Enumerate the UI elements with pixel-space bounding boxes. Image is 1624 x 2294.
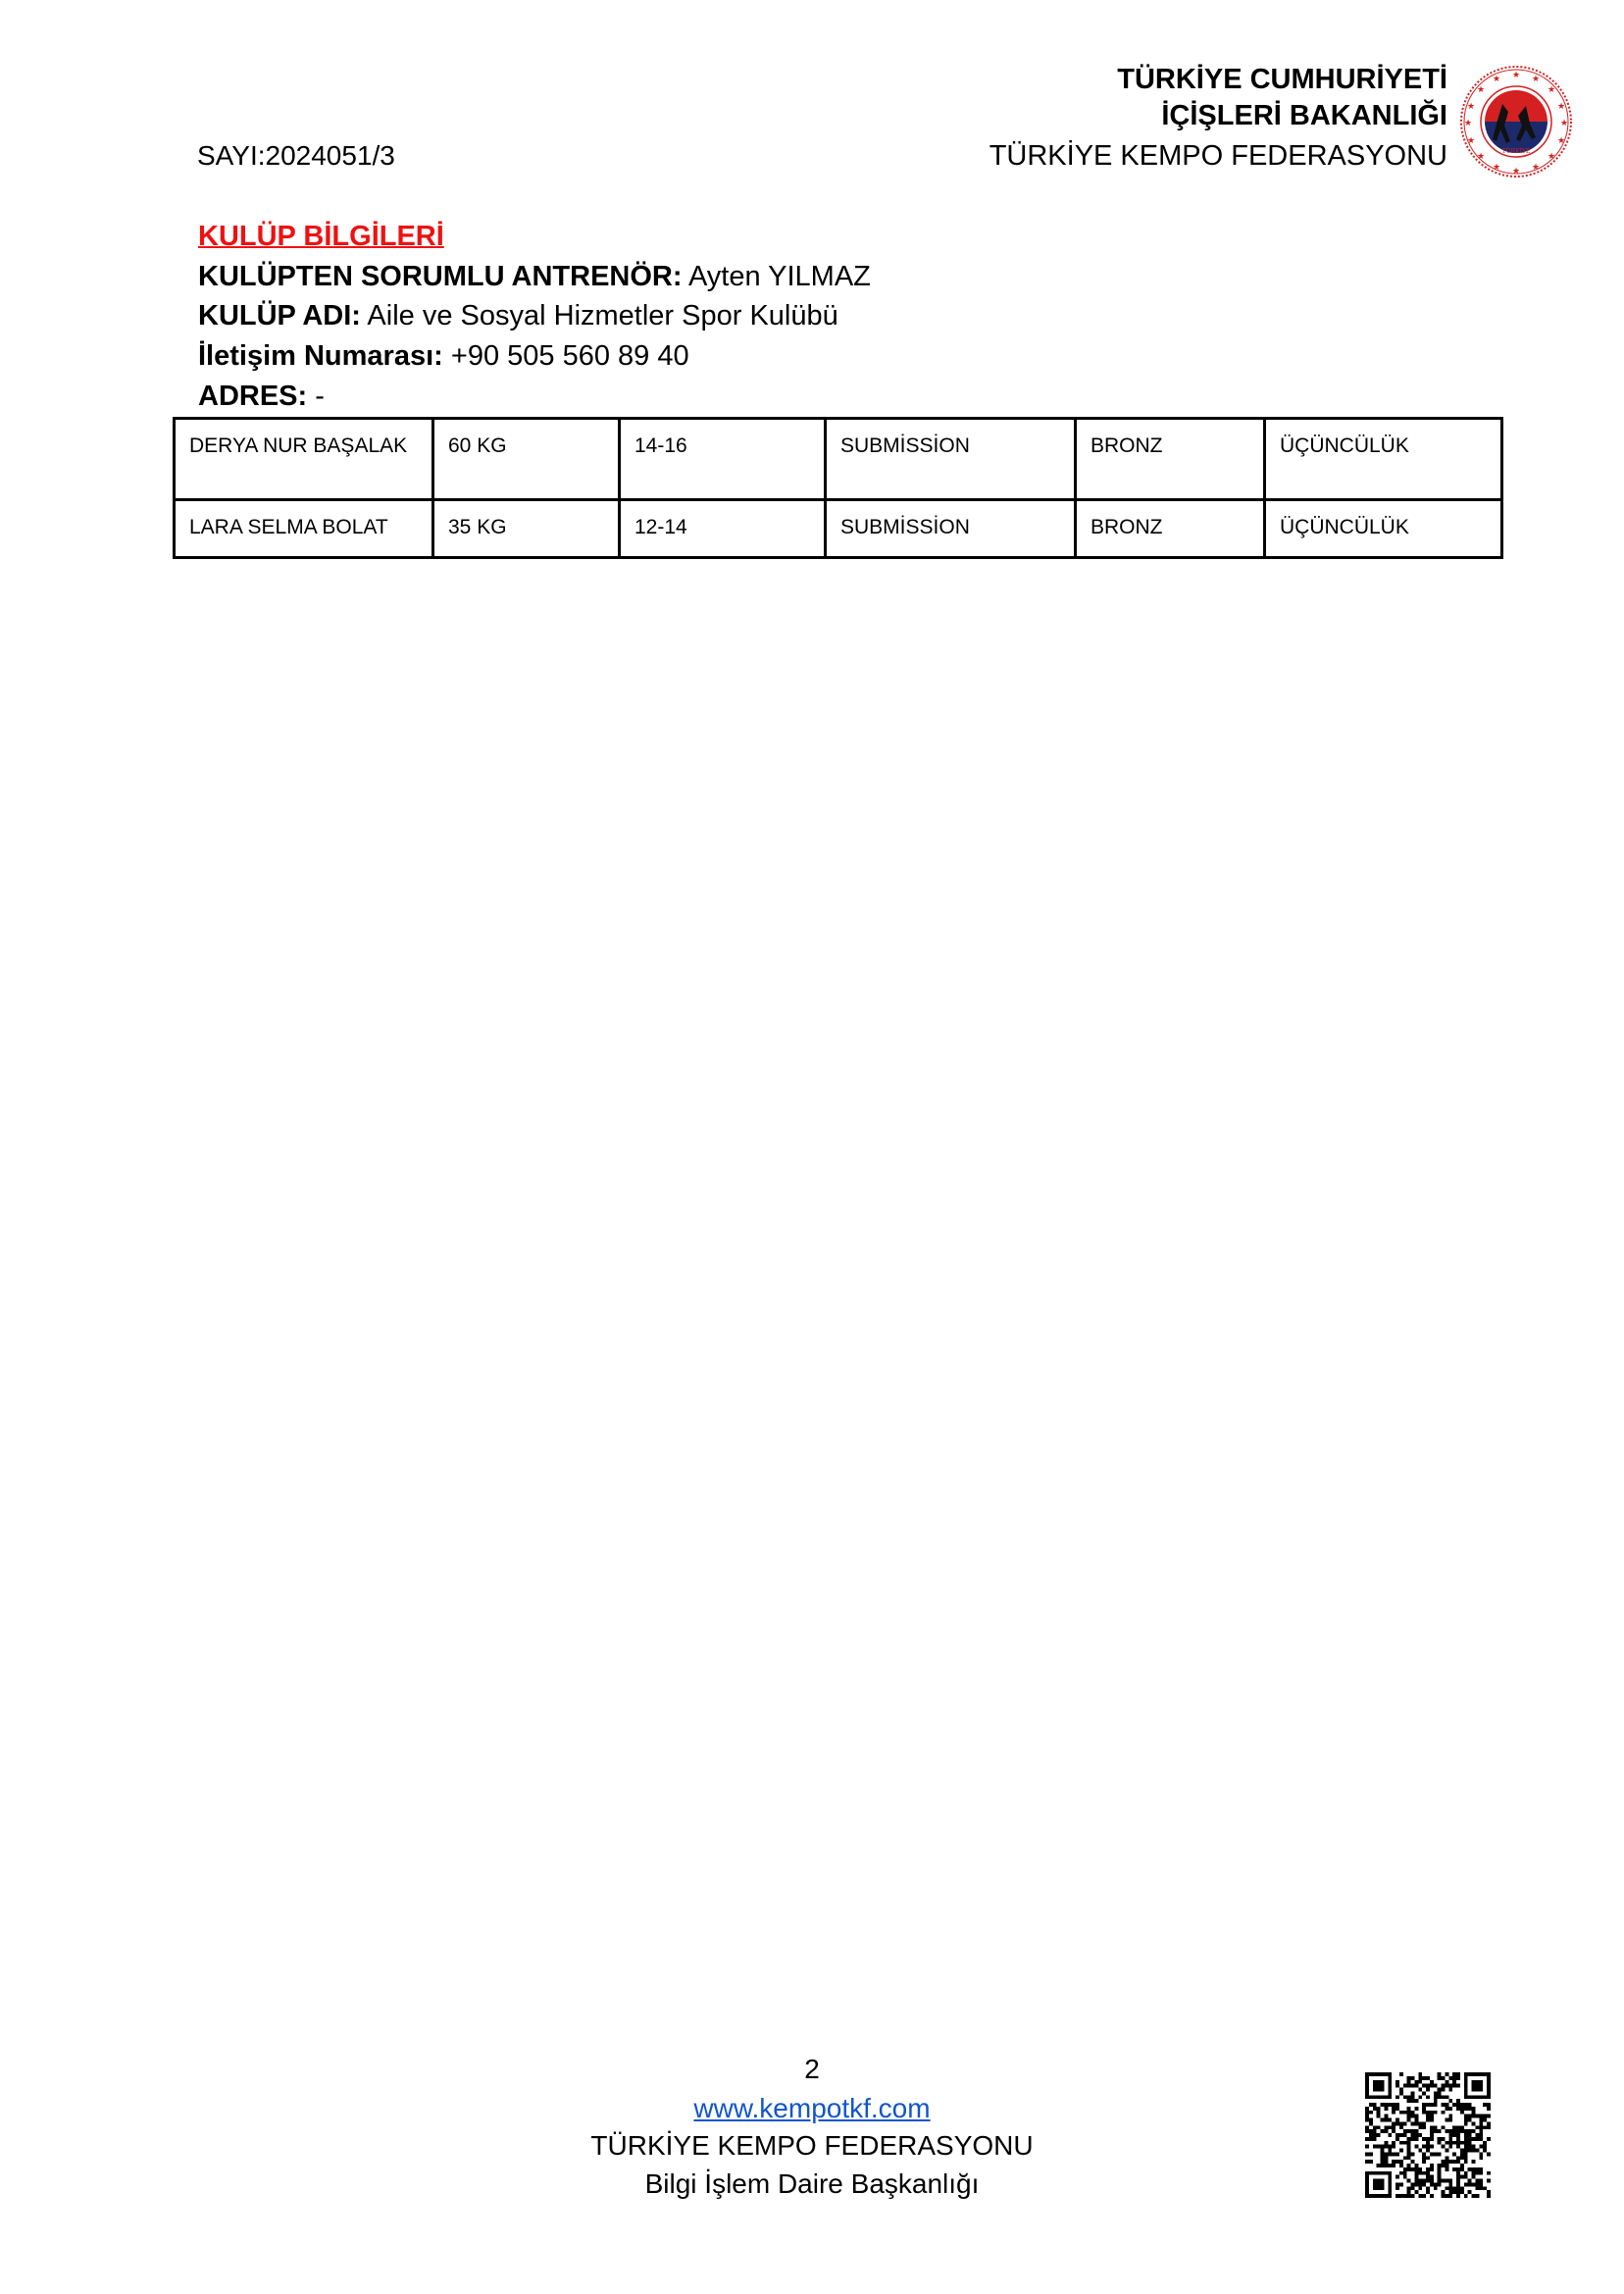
svg-text:★: ★ [1493,75,1500,84]
svg-text:★: ★ [1560,119,1568,128]
club-name-label: KULÜP ADI: [198,300,361,331]
coach-label: KULÜPTEN SORUMLU ANTRENÖR: [198,261,683,292]
coach-value: Ayten YILMAZ [688,261,871,292]
athlete-name-cell: DERYA NUR BAŞALAK [175,419,433,500]
phone-value: +90 505 560 89 40 [451,340,689,372]
svg-text:★: ★ [1557,102,1565,112]
club-name-value: Aile ve Sosyal Hizmetler Spor Kulübü [367,300,837,331]
address-line: ADRES: - [198,380,325,413]
svg-text:★: ★ [1532,163,1540,173]
results-table: DERYA NUR BAŞALAK 60 KG 14-16 SUBMİSSİON… [173,417,1503,559]
svg-text:★: ★ [1557,136,1565,146]
table-row: LARA SELMA BOLAT 35 KG 12-14 SUBMİSSİON … [175,500,1502,558]
svg-text:★: ★ [1493,163,1500,173]
svg-text:★: ★ [1464,119,1472,128]
svg-text:★: ★ [1467,136,1475,146]
svg-text:TÜRKİYE: TÜRKİYE [1502,148,1531,155]
weight-cell: 35 KG [433,500,620,558]
federation-seal-icon: ★★★ ★★★ ★★★ ★★★ ★★★ ★ TÜRKİYE [1459,65,1573,178]
athlete-name-cell: LARA SELMA BOLAT [175,500,433,558]
weight-cell: 60 KG [433,419,620,500]
club-section-title: KULÜP BİLGİLERİ [198,220,444,253]
medal-cell: BRONZ [1076,419,1265,500]
svg-text:★: ★ [1477,152,1485,162]
coach-line: KULÜPTEN SORUMLU ANTRENÖR: Ayten YILMAZ [198,260,871,293]
svg-text:★: ★ [1548,152,1555,162]
document-number: SAYI:2024051/3 [197,139,395,173]
address-label: ADRES: [198,381,307,412]
rank-cell: ÜÇÜNCÜLÜK [1265,419,1502,500]
svg-text:★: ★ [1532,75,1540,84]
club-name-line: KULÜP ADI: Aile ve Sosyal Hizmetler Spor… [198,299,838,332]
address-value: - [315,381,325,412]
rank-cell: ÜÇÜNCÜLÜK [1265,500,1502,558]
medal-cell: BRONZ [1076,500,1265,558]
header-title-ministry: İÇİŞLERİ BAKANLIĞI [1161,99,1447,132]
svg-text:★: ★ [1512,71,1520,80]
qr-code-icon [1365,2072,1491,2198]
svg-text:★: ★ [1477,85,1485,95]
age-group-cell: 12-14 [620,500,826,558]
header-title-republic: TÜRKİYE CUMHURİYETİ [1117,63,1447,96]
table-row: DERYA NUR BAŞALAK 60 KG 14-16 SUBMİSSİON… [175,419,1502,500]
header-title-federation: TÜRKİYE KEMPO FEDERASYONU [990,139,1447,173]
phone-line: İletişim Numarası: +90 505 560 89 40 [198,339,689,373]
phone-label: İletişim Numarası: [198,340,443,372]
category-cell: SUBMİSSİON [826,419,1076,500]
category-cell: SUBMİSSİON [826,500,1076,558]
svg-text:★: ★ [1467,102,1475,112]
svg-text:★: ★ [1548,85,1555,95]
age-group-cell: 14-16 [620,419,826,500]
svg-text:★: ★ [1512,167,1520,177]
website-link[interactable]: www.kempotkf.com [693,2093,930,2123]
